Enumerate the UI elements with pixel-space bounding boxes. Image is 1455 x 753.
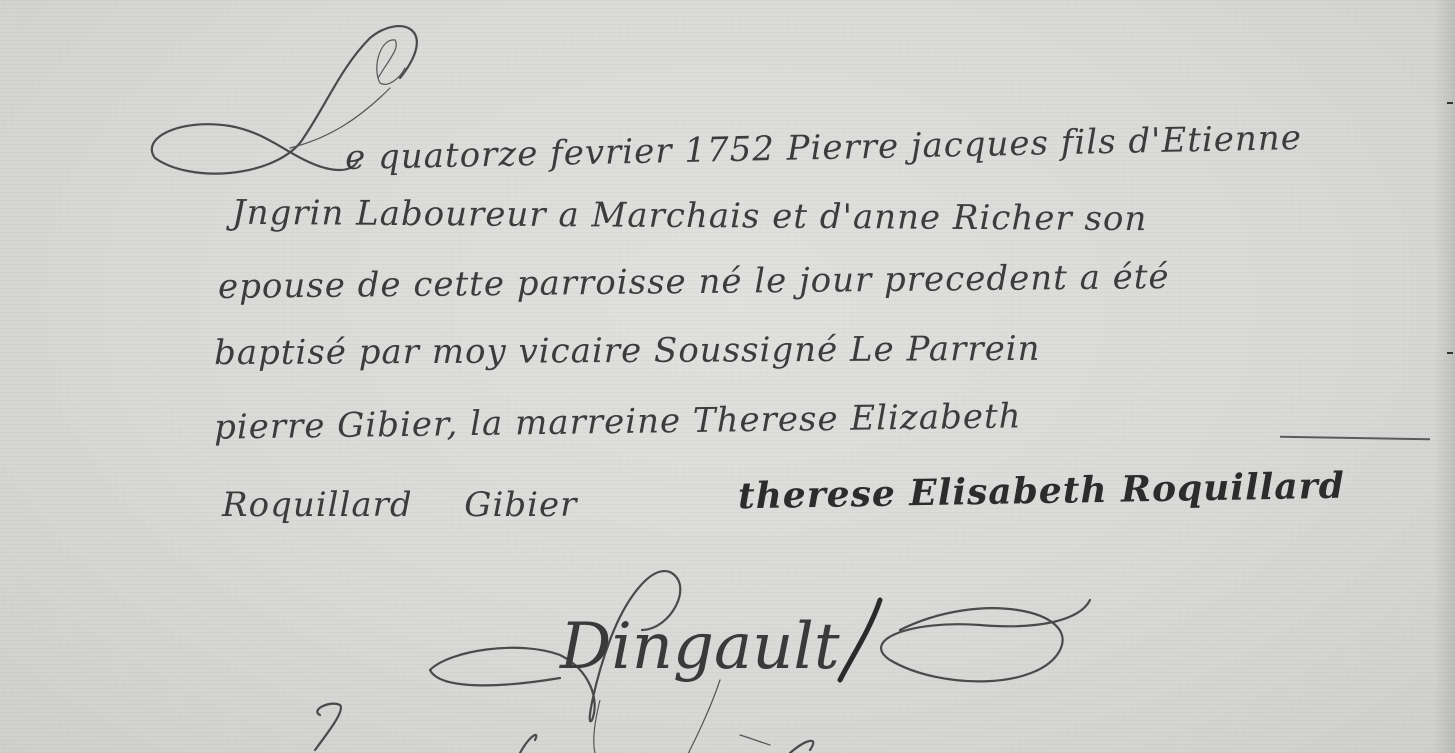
entry-line-4: baptisé par moy vicaire Soussigné Le Par… bbox=[214, 329, 1041, 373]
line-filler-rule bbox=[1280, 436, 1430, 441]
godmother-signature: therese Elisabeth Roquillard bbox=[738, 465, 1346, 518]
priest-signature: Dingault bbox=[560, 610, 840, 684]
page-edge-shadow bbox=[1433, 0, 1455, 753]
entry-line-6: Roquillard Gibier bbox=[222, 485, 577, 525]
godmother-surname: Roquillard bbox=[222, 485, 413, 525]
entry-line-3: epouse de cette parroisse né le jour pre… bbox=[218, 257, 1170, 307]
next-entry-fragment bbox=[310, 700, 1110, 753]
edge-tick-mark bbox=[1447, 102, 1453, 104]
edge-tick-mark bbox=[1447, 352, 1453, 354]
entry-line-2: Jngrin Laboureur a Marchais et d'anne Ri… bbox=[232, 193, 1148, 239]
entry-line-5: pierre Gibier, la marreine Therese Eliza… bbox=[214, 396, 1022, 447]
register-page: e quatorze fevrier 1752 Pierre jacques f… bbox=[0, 0, 1455, 753]
godfather-signature: Gibier bbox=[464, 485, 577, 525]
entry-line-1: e quatorze fevrier 1752 Pierre jacques f… bbox=[345, 118, 1303, 178]
